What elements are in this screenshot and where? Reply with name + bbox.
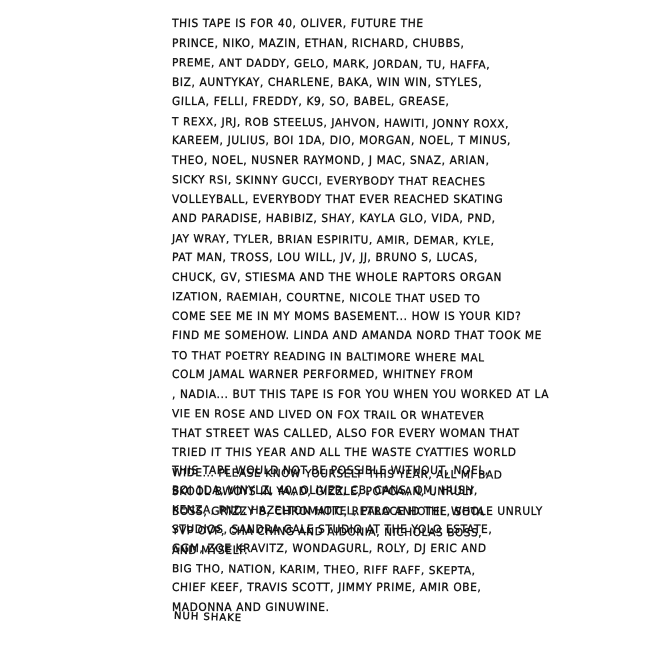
handwritten-line: COLM JAMAL WARNER PERFORMED, WHITNEY FRO… [172, 365, 499, 386]
handwritten-line: BIZ, AUNTYKAY, CHARLENE, BAKA, WIN WIN, … [172, 73, 498, 94]
handwritten-line: AND PARADISE, HABIBIZ, SHAY, KAYLA GLO, … [172, 209, 499, 230]
handwritten-line: GGM, ZOE KRAVITZ, WONDAGURL, ROLY, DJ ER… [172, 539, 499, 560]
handwritten-line: COME SEE ME IN MY MOMS BASEMENT... HOW I… [172, 307, 498, 328]
handwritten-line: THIS TAPE WOULD NOT BE POSSIBLE WITHOUT,… [172, 461, 499, 482]
handwritten-line: KAREEM, JULIUS, BOI 1DA, DIO, MORGAN, NO… [172, 131, 499, 152]
handwritten-line: THAT STREET WAS CALLED, ALSO FOR EVERY W… [172, 424, 498, 445]
handwritten-line: CHIEF KEEF, TRAVIS SCOTT, JIMMY PRIME, A… [172, 578, 499, 599]
handwritten-line: PAT MAN, TROSS, LOU WILL, JV, JJ, BRUNO … [172, 248, 499, 269]
credits-paragraph: THIS TAPE WOULD NOT BE POSSIBLE WITHOUT,… [172, 462, 492, 618]
handwritten-line: , NADIA... BUT THIS TAPE IS FOR YOU WHEN… [172, 385, 498, 406]
handwritten-line: THIS TAPE IS FOR 40, OLIVER, FUTURE THE [172, 14, 499, 35]
handwritten-line: VOLLEYBALL, EVERYBODY THAT EVER REACHED … [172, 190, 498, 211]
handwritten-line: FIND ME SOMEHOW. LINDA AND AMANDA NORD T… [172, 326, 499, 347]
liner-notes-page: THIS TAPE IS FOR 40, OLIVER, FUTURE THEP… [0, 0, 650, 650]
handwritten-line: BOI 1DA, VINYLZ, 40, OLIVER, CB, CANS, Q… [172, 481, 498, 502]
handwritten-line: CHUCK, GV, STIESMA AND THE WHOLE RAPTORS… [172, 268, 498, 289]
signature: NUH SHAKE [174, 611, 242, 624]
handwritten-line: THEO, NOEL, NUSNER RAYMOND, J MAC, SNAZ,… [172, 151, 498, 172]
handwritten-line: PRINCE, NIKO, MAZIN, ETHAN, RICHARD, CHU… [172, 34, 498, 55]
handwritten-line: STUDIOS, SANDRA GALE STUDIO AT THE YOLO … [172, 520, 498, 541]
handwritten-line: GILLA, FELLI, FREDDY, K9, SO, BABEL, GRE… [172, 92, 499, 113]
